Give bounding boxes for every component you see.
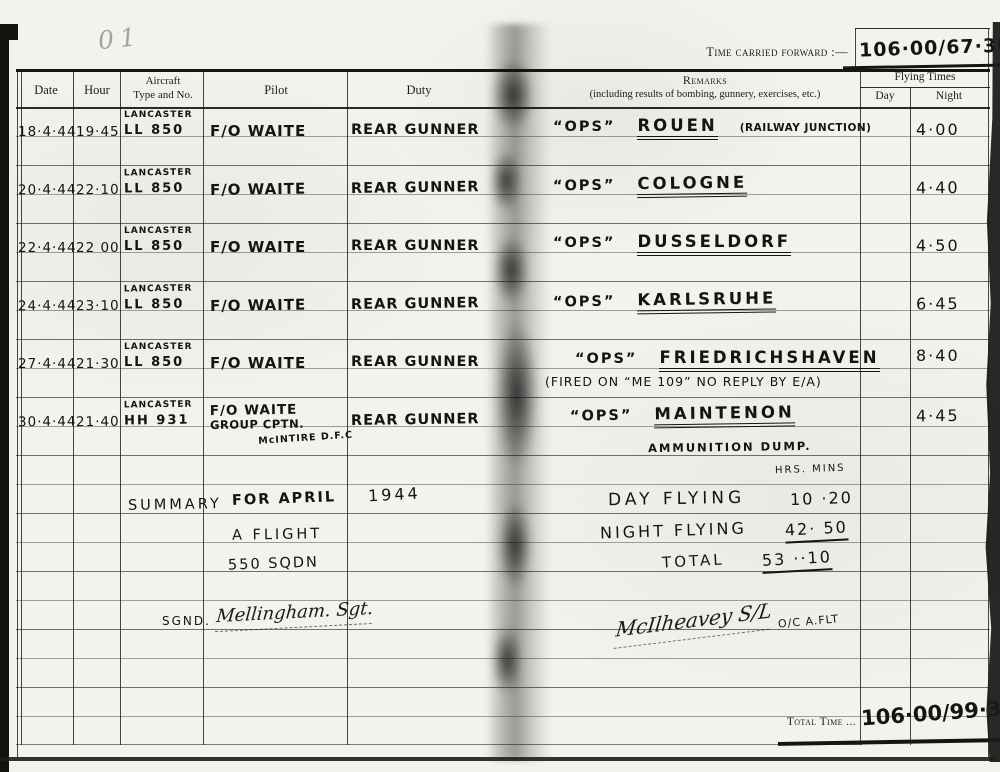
flight-remarks: “OPS” DUSSELDORF	[553, 232, 791, 256]
flying-times-divider	[860, 87, 990, 88]
flight-duty: REAR GUNNER	[351, 295, 487, 313]
flight-night-time: 4·40	[916, 177, 988, 197]
remarks-subtitle: (including results of bombing, gunnery, …	[520, 89, 890, 100]
time-carried-forward-label: Time carried forward :—	[630, 45, 848, 60]
time-carried-forward-value: 106·00/67·30	[859, 34, 1000, 61]
summary-label: SUMMARY	[128, 496, 222, 514]
flight-pilot: F/O WAITE	[210, 179, 346, 199]
flight-duty: REAR GUNNER	[351, 354, 487, 370]
flight-remarks: “OPS” COLOGNE	[553, 173, 748, 200]
flight-night-time: 4·50	[916, 236, 988, 255]
scan-edge-bottom	[0, 757, 997, 761]
flight-date: 18·4·44	[18, 124, 74, 140]
flight-pilot: F/O WAITE	[210, 354, 346, 372]
flight-aircraft: LANCASTER LL 850	[124, 111, 204, 138]
flight-date: 20·4·44	[18, 182, 74, 199]
total-value: 53 ··10	[761, 547, 832, 574]
total-time-label: Total Time ...	[650, 716, 856, 728]
col-header-aircraft: Aircraft Type and No.	[122, 75, 204, 103]
col-header-hour: Hour	[74, 83, 120, 98]
flight-aircraft: LANCASTER HH 931	[124, 400, 204, 428]
flight-aircraft: LANCASTER LL 850	[124, 168, 204, 196]
flight-pilot: F/O WAITE	[210, 295, 346, 315]
table-bottom-line	[16, 744, 862, 745]
tcf-box-left-line	[855, 28, 856, 67]
flight-hour: 23·10	[76, 298, 120, 315]
flight-duty: REAR GUNNER	[351, 238, 487, 254]
total-label: TOTAL	[662, 550, 725, 571]
scan-smudge	[492, 58, 534, 132]
scan-smudge	[490, 150, 522, 212]
flight-hour: 22 00	[76, 240, 120, 256]
flight-remarks-line2: AMMUNITION DUMP.	[648, 439, 812, 455]
remarks-title: Remarks	[560, 73, 850, 88]
flight-night-time: 8·40	[916, 346, 988, 365]
scan-edge-left	[0, 24, 9, 772]
flight-remarks: “OPS” FRIEDRICHSHAVEN	[575, 348, 880, 372]
flight-date: 24·4·44	[18, 298, 74, 315]
flight-night-time: 4·45	[916, 405, 988, 425]
flight-night-time: 6·45	[916, 293, 988, 313]
signed-label: SGND.	[162, 614, 211, 628]
day-header: Day	[860, 90, 910, 102]
pencil-mark: 01	[97, 22, 144, 55]
col-header-date: Date	[20, 83, 72, 98]
flying-times-header: Flying Times	[860, 71, 990, 83]
flight-hour: 22·10	[76, 182, 120, 199]
night-flying-value: 42· 50	[784, 517, 848, 543]
flight-pilot: F/O WAITE	[210, 122, 346, 140]
tcf-box-top-line	[855, 28, 990, 29]
flight-date: 22·4·44	[18, 240, 74, 256]
scan-smudge	[493, 235, 529, 305]
flight-hour: 21·30	[76, 356, 120, 372]
flight-pilot: F/O WAITE GROUP CPTN. McINTIRE D.F.C	[210, 401, 347, 444]
scan-smudge	[492, 625, 522, 695]
flight-remarks: “OPS” ROUEN (RAILWAY JUNCTION)	[553, 116, 871, 140]
summary-year: 1944	[368, 484, 422, 506]
flight-remarks: “OPS” KARLSRUHE	[553, 288, 777, 315]
col-header-pilot: Pilot	[206, 83, 346, 98]
flight-night-time: 4·00	[916, 120, 988, 139]
day-flying-label: DAY FLYING	[608, 488, 746, 510]
scan-smudge	[498, 500, 532, 590]
logbook-scan: Time carried forward :— 106·00/67·30 01 …	[0, 0, 1000, 772]
scan-corner-mark	[0, 24, 18, 40]
flight-pilot: F/O WAITE	[210, 238, 346, 256]
flight-hour: 21·40	[76, 414, 120, 431]
flight-duty: REAR GUNNER	[351, 122, 487, 138]
day-flying-value: 10 ·20	[790, 488, 854, 509]
flight-date: 30·4·44	[18, 414, 74, 431]
flight-aircraft: LANCASTER LL 850	[124, 284, 204, 312]
flight-duty: REAR GUNNER	[351, 411, 487, 429]
flight-hour: 19·45	[76, 124, 120, 140]
flight-aircraft: LANCASTER LL 850	[124, 227, 204, 254]
flight-date: 27·4·44	[18, 356, 74, 372]
summary-flight: A FLIGHT	[232, 526, 322, 544]
flight-remarks: “OPS” MAINTENON	[570, 402, 795, 429]
flight-duty: REAR GUNNER	[351, 179, 487, 197]
flight-aircraft: LANCASTER LL 850	[124, 343, 204, 370]
scan-smudge	[495, 320, 539, 470]
night-header: Night	[910, 90, 988, 102]
col-header-duty: Duty	[350, 83, 488, 98]
summary-squadron: 550 SQDN	[228, 554, 319, 573]
flight-remarks-line2: (FIRED ON “ME 109” NO REPLY BY E/A)	[545, 374, 822, 389]
